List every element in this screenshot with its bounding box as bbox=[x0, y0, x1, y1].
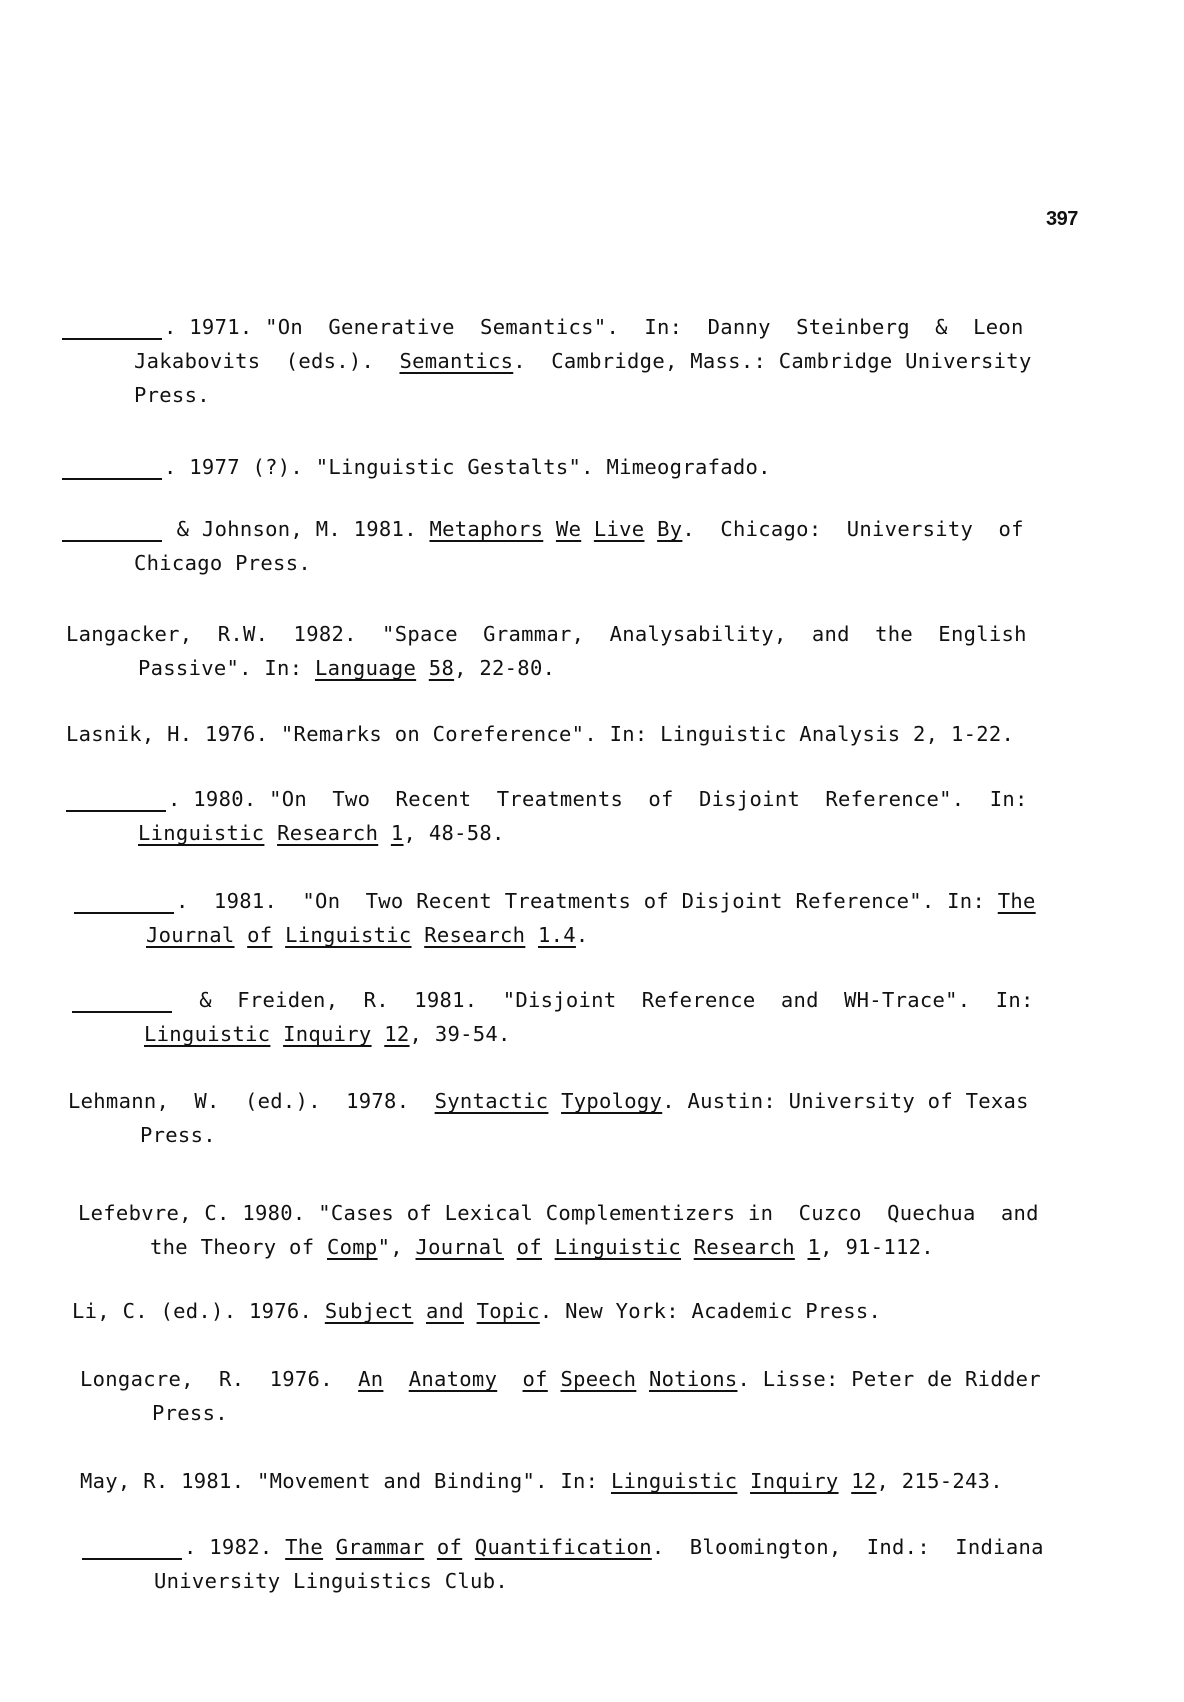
reference-entry: Langacker, R.W. 1982. "Space Grammar, An… bbox=[66, 617, 1027, 685]
repeated-author-dash bbox=[72, 989, 172, 1013]
reference-text: , 91-112. bbox=[820, 1235, 934, 1259]
reference-text: Langacker, R.W. 1982. "Space Grammar, An… bbox=[66, 622, 1027, 646]
underlined-title: 58 bbox=[429, 656, 454, 680]
reference-text: . Lisse: Peter de Ridder bbox=[737, 1367, 1040, 1391]
reference-text: . 1981. "On Two Recent Treatments of Dis… bbox=[176, 889, 998, 913]
reference-first-line: . 1981. "On Two Recent Treatments of Dis… bbox=[74, 884, 1036, 918]
reference-first-line: Lehmann, W. (ed.). 1978. Syntactic Typol… bbox=[68, 1084, 1029, 1118]
reference-text: . bbox=[576, 923, 589, 947]
underlined-title: Linguistic bbox=[285, 923, 411, 947]
underlined-title: An bbox=[358, 1367, 383, 1391]
reference-text bbox=[372, 1022, 385, 1046]
underlined-title: Linguistic bbox=[144, 1022, 270, 1046]
reference-first-line: Lefebvre, C. 1980. "Cases of Lexical Com… bbox=[78, 1196, 1039, 1230]
reference-text: . Bloomington, Ind.: Indiana bbox=[652, 1535, 1044, 1559]
reference-first-line: Langacker, R.W. 1982. "Space Grammar, An… bbox=[66, 617, 1027, 651]
underlined-title: Quantification bbox=[475, 1535, 652, 1559]
reference-text bbox=[636, 1367, 649, 1391]
reference-entry: . 1977 (?). "Linguistic Gestalts". Mimeo… bbox=[62, 450, 771, 484]
underlined-title: Journal bbox=[416, 1235, 505, 1259]
reference-entry: May, R. 1981. "Movement and Binding". In… bbox=[80, 1464, 1003, 1498]
underlined-title: Linguistic bbox=[611, 1469, 737, 1493]
underlined-title: Speech bbox=[560, 1367, 636, 1391]
reference-text: ", bbox=[378, 1235, 416, 1259]
reference-text: Li, C. (ed.). 1976. bbox=[72, 1299, 325, 1323]
repeated-author-dash bbox=[74, 890, 174, 914]
reference-first-line: May, R. 1981. "Movement and Binding". In… bbox=[80, 1464, 1003, 1498]
reference-text: Passive". In: bbox=[138, 656, 315, 680]
reference-text bbox=[525, 923, 538, 947]
reference-text: . 1971. "On Generative Semantics". In: D… bbox=[164, 315, 1024, 339]
reference-text: May, R. 1981. "Movement and Binding". In… bbox=[80, 1469, 611, 1493]
underlined-title: 1 bbox=[391, 821, 404, 845]
repeated-author-dash bbox=[62, 456, 162, 480]
underlined-title: The bbox=[998, 889, 1036, 913]
underlined-title: 12 bbox=[851, 1469, 876, 1493]
reference-text: Chicago Press. bbox=[134, 551, 311, 575]
reference-text: Lefebvre, C. 1980. "Cases of Lexical Com… bbox=[78, 1201, 1039, 1225]
underlined-title: Research bbox=[277, 821, 378, 845]
reference-text: & Freiden, R. 1981. "Disjoint Reference … bbox=[174, 988, 1034, 1012]
underlined-title: Grammar bbox=[336, 1535, 425, 1559]
reference-text: . New York: Academic Press. bbox=[540, 1299, 881, 1323]
reference-first-line: . 1977 (?). "Linguistic Gestalts". Mimeo… bbox=[62, 450, 771, 484]
underlined-title: Linguistic bbox=[138, 821, 264, 845]
underlined-title: Syntactic bbox=[435, 1089, 549, 1113]
reference-text bbox=[464, 1299, 477, 1323]
reference-text: , 48-58. bbox=[404, 821, 505, 845]
reference-text bbox=[323, 1535, 336, 1559]
reference-text: Jakabovits (eds.). bbox=[134, 349, 399, 373]
reference-text bbox=[270, 1022, 283, 1046]
underlined-title: Language bbox=[315, 656, 416, 680]
reference-text: . Chicago: University of bbox=[682, 517, 1023, 541]
reference-text: , 39-54. bbox=[410, 1022, 511, 1046]
reference-text: . 1980. "On Two Recent Treatments of Dis… bbox=[168, 787, 1028, 811]
reference-first-line: . 1980. "On Two Recent Treatments of Dis… bbox=[66, 782, 1028, 816]
reference-continuation-line: Chicago Press. bbox=[62, 546, 1024, 580]
reference-text: the Theory of bbox=[150, 1235, 327, 1259]
reference-text bbox=[737, 1469, 750, 1493]
reference-text bbox=[542, 1235, 555, 1259]
underlined-title: We bbox=[556, 517, 581, 541]
reference-text bbox=[272, 923, 285, 947]
reference-continuation-line: Linguistic Research 1, 48-58. bbox=[66, 816, 1028, 850]
underlined-title: By bbox=[657, 517, 682, 541]
reference-text bbox=[681, 1235, 694, 1259]
underlined-title: Typology bbox=[561, 1089, 662, 1113]
underlined-title: Anatomy bbox=[409, 1367, 498, 1391]
reference-entry: Lehmann, W. (ed.). 1978. Syntactic Typol… bbox=[68, 1084, 1029, 1152]
reference-text bbox=[235, 923, 248, 947]
underlined-title: Comp bbox=[327, 1235, 378, 1259]
reference-first-line: Lasnik, H. 1976. "Remarks on Coreference… bbox=[66, 717, 1014, 751]
reference-text: , 22-80. bbox=[454, 656, 555, 680]
reference-continuation-line: Journal of Linguistic Research 1.4. bbox=[74, 918, 1036, 952]
reference-text bbox=[497, 1367, 522, 1391]
underlined-title: Inquiry bbox=[750, 1469, 839, 1493]
reference-text bbox=[416, 656, 429, 680]
reference-text bbox=[383, 1367, 408, 1391]
reference-continuation-line: University Linguistics Club. bbox=[82, 1564, 1044, 1598]
underlined-title: Research bbox=[424, 923, 525, 947]
reference-continuation-line: Press. bbox=[80, 1396, 1041, 1430]
reference-entry: . 1981. "On Two Recent Treatments of Dis… bbox=[74, 884, 1036, 952]
reference-text bbox=[462, 1535, 475, 1559]
reference-text bbox=[413, 1299, 426, 1323]
reference-text: . Cambridge, Mass.: Cambridge University bbox=[513, 349, 1031, 373]
reference-first-line: . 1982. The Grammar of Quantification. B… bbox=[82, 1530, 1044, 1564]
underlined-title: Notions bbox=[649, 1367, 738, 1391]
reference-first-line: Li, C. (ed.). 1976. Subject and Topic. N… bbox=[72, 1294, 881, 1328]
underlined-title: 1.4 bbox=[538, 923, 576, 947]
underlined-title: Journal bbox=[146, 923, 235, 947]
underlined-title: Research bbox=[694, 1235, 795, 1259]
reference-text: Lasnik, H. 1976. "Remarks on Coreference… bbox=[66, 722, 1014, 746]
underlined-title: The bbox=[285, 1535, 323, 1559]
reference-text bbox=[543, 517, 556, 541]
reference-entry: & Johnson, M. 1981. Metaphors We Live By… bbox=[62, 512, 1024, 580]
underlined-title: Metaphors bbox=[429, 517, 543, 541]
underlined-title: and bbox=[426, 1299, 464, 1323]
reference-entry: . 1980. "On Two Recent Treatments of Dis… bbox=[66, 782, 1028, 850]
reference-continuation-line: Passive". In: Language 58, 22-80. bbox=[66, 651, 1027, 685]
underlined-title: Linguistic bbox=[555, 1235, 681, 1259]
reference-continuation-line: Press. bbox=[68, 1118, 1029, 1152]
reference-first-line: & Freiden, R. 1981. "Disjoint Reference … bbox=[72, 983, 1034, 1017]
reference-entry: Lefebvre, C. 1980. "Cases of Lexical Com… bbox=[78, 1196, 1039, 1264]
reference-text: University Linguistics Club. bbox=[154, 1569, 508, 1593]
reference-continuation-line: the Theory of Comp", Journal of Linguist… bbox=[78, 1230, 1039, 1264]
reference-text: . 1982. bbox=[184, 1535, 285, 1559]
reference-first-line: & Johnson, M. 1981. Metaphors We Live By… bbox=[62, 512, 1024, 546]
reference-text bbox=[795, 1235, 808, 1259]
underlined-title: Semantics bbox=[399, 349, 513, 373]
underlined-title: of bbox=[437, 1535, 462, 1559]
repeated-author-dash bbox=[62, 316, 162, 340]
reference-text: , 215-243. bbox=[877, 1469, 1003, 1493]
reference-entry: Longacre, R. 1976. An Anatomy of Speech … bbox=[80, 1362, 1041, 1430]
reference-text bbox=[548, 1367, 561, 1391]
reference-text bbox=[264, 821, 277, 845]
underlined-title: Live bbox=[594, 517, 645, 541]
reference-text bbox=[378, 821, 391, 845]
reference-text bbox=[412, 923, 425, 947]
underlined-title: Topic bbox=[477, 1299, 540, 1323]
reference-entry: . 1982. The Grammar of Quantification. B… bbox=[82, 1530, 1044, 1598]
underlined-title: Subject bbox=[325, 1299, 414, 1323]
reference-continuation-line: Linguistic Inquiry 12, 39-54. bbox=[72, 1017, 1034, 1051]
reference-text: & Johnson, M. 1981. bbox=[164, 517, 429, 541]
reference-text bbox=[548, 1089, 561, 1113]
reference-text bbox=[581, 517, 594, 541]
reference-entry: Li, C. (ed.). 1976. Subject and Topic. N… bbox=[72, 1294, 881, 1328]
reference-text: Press. bbox=[134, 383, 210, 407]
underlined-title: 12 bbox=[384, 1022, 409, 1046]
repeated-author-dash bbox=[62, 518, 162, 542]
page-number: 397 bbox=[1046, 208, 1078, 231]
reference-first-line: Longacre, R. 1976. An Anatomy of Speech … bbox=[80, 1362, 1041, 1396]
reference-text: Press. bbox=[140, 1123, 216, 1147]
reference-text: . Austin: University of Texas bbox=[662, 1089, 1029, 1113]
underlined-title: 1 bbox=[808, 1235, 821, 1259]
reference-text: Longacre, R. 1976. bbox=[80, 1367, 358, 1391]
reference-entry: Lasnik, H. 1976. "Remarks on Coreference… bbox=[66, 717, 1014, 751]
underlined-title: of bbox=[517, 1235, 542, 1259]
reference-first-line: . 1971. "On Generative Semantics". In: D… bbox=[62, 310, 1032, 344]
reference-continuation-line: Jakabovits (eds.). Semantics. Cambridge,… bbox=[62, 344, 1032, 378]
underlined-title: of bbox=[523, 1367, 548, 1391]
repeated-author-dash bbox=[66, 788, 166, 812]
reference-text bbox=[644, 517, 657, 541]
repeated-author-dash bbox=[82, 1536, 182, 1560]
reference-text: Lehmann, W. (ed.). 1978. bbox=[68, 1089, 435, 1113]
underlined-title: of bbox=[247, 923, 272, 947]
underlined-title: Inquiry bbox=[283, 1022, 372, 1046]
reference-text bbox=[839, 1469, 852, 1493]
reference-text bbox=[424, 1535, 437, 1559]
reference-continuation-line: Press. bbox=[62, 378, 1032, 412]
reference-text bbox=[504, 1235, 517, 1259]
reference-text: Press. bbox=[152, 1401, 228, 1425]
reference-entry: & Freiden, R. 1981. "Disjoint Reference … bbox=[72, 983, 1034, 1051]
reference-text: . 1977 (?). "Linguistic Gestalts". Mimeo… bbox=[164, 455, 771, 479]
reference-entry: . 1971. "On Generative Semantics". In: D… bbox=[62, 310, 1032, 412]
